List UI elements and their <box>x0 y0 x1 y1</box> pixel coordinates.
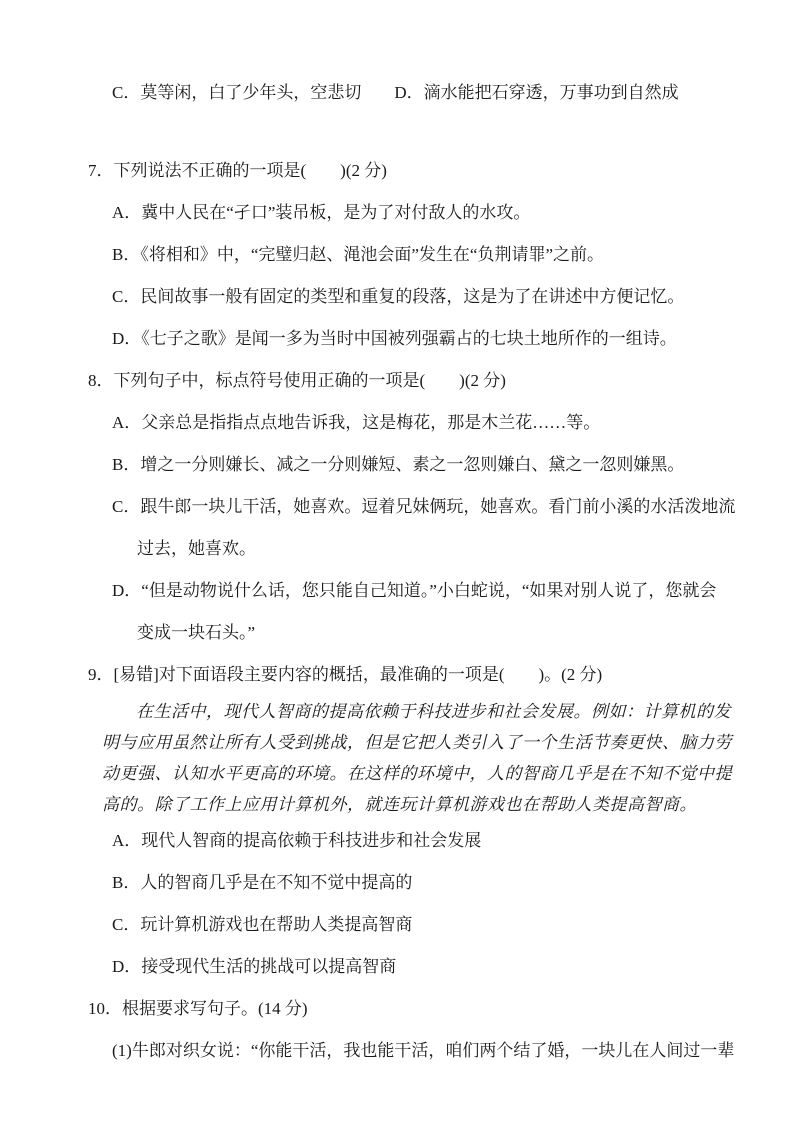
passage-line: 高的。除了工作上应用计算机外，就连玩计算机游戏也在帮助人类提高智商。 <box>102 789 705 820</box>
question-7-option-d: D．《七子之歌》是闻一多为当时中国被列强霸占的七块土地所作的一组诗。 <box>88 318 705 360</box>
question-8-option-c-line1: C．跟牛郎一块儿干活，她喜欢。逗着兄妹俩玩，她喜欢。看门前小溪的水活泼地流 <box>88 486 705 528</box>
question-8-option-b: B．增之一分则嫌长、减之一分则嫌短、素之一忽则嫌白、黛之一忽则嫌黑。 <box>88 444 705 486</box>
exam-paper-page: C．莫等闲，白了少年头，空悲切 D．滴水能把石穿透，万事功到自然成 7．下列说法… <box>0 0 793 1122</box>
question-9-option-c: C．玩计算机游戏也在帮助人类提高智商 <box>88 904 705 946</box>
question-7-option-b: B．《将相和》中，“完璧归赵、渑池会面”发生在“负荆请罪”之前。 <box>88 234 705 276</box>
prev-option-c: C．莫等闲，白了少年头，空悲切 <box>112 72 361 114</box>
blank-gap <box>88 114 705 150</box>
question-8-option-d-line2: 变成一块石头。” <box>88 612 705 654</box>
question-9-passage: 在生活中，现代人智商的提高依赖于科技进步和社会发展。例如：计算机的发 明与应用虽… <box>88 696 705 820</box>
question-7-option-a: A．冀中人民在“孑口”装吊板，是为了对付敌人的水攻。 <box>88 192 705 234</box>
question-8-stem: 8．下列句子中，标点符号使用正确的一项是( )(2 分) <box>88 360 705 402</box>
passage-line: 在生活中，现代人智商的提高依赖于科技进步和社会发展。例如：计算机的发 <box>102 696 705 727</box>
prev-question-options-row: C．莫等闲，白了少年头，空悲切 D．滴水能把石穿透，万事功到自然成 <box>88 72 705 114</box>
prev-option-d: D．滴水能把石穿透，万事功到自然成 <box>394 72 678 114</box>
question-7-stem: 7．下列说法不正确的一项是( )(2 分) <box>88 150 705 192</box>
question-9-option-a: A．现代人智商的提高依赖于科技进步和社会发展 <box>88 820 705 862</box>
passage-line: 明与应用虽然让所有人受到挑战，但是它把人类引入了一个生活节奏更快、脑力劳 <box>102 727 705 758</box>
question-10-item1-line1: (1)牛郎对织女说：“你能干活，我也能干活，咱们两个结了婚，一块儿在人间过一辈 <box>88 1030 705 1072</box>
question-9-option-b: B．人的智商几乎是在不知不觉中提高的 <box>88 862 705 904</box>
question-9-stem: 9．[易错]对下面语段主要内容的概括，最准确的一项是( )。(2 分) <box>88 654 705 696</box>
question-8-option-d-line1: D．“但是动物说什么话，您只能自己知道。”小白蛇说，“如果对别人说了，您就会 <box>88 570 705 612</box>
question-8-option-a: A．父亲总是指指点点地告诉我，这是梅花，那是木兰花……等。 <box>88 402 705 444</box>
question-7-option-c: C．民间故事一般有固定的类型和重复的段落，这是为了在讲述中方便记忆。 <box>88 276 705 318</box>
question-8-option-c-line2: 过去，她喜欢。 <box>88 528 705 570</box>
passage-line: 动更强、认知水平更高的环境。在这样的环境中，人的智商几乎是在不知不觉中提 <box>102 758 705 789</box>
question-9-option-d: D．接受现代生活的挑战可以提高智商 <box>88 946 705 988</box>
question-10-stem: 10．根据要求写句子。(14 分) <box>88 988 705 1030</box>
